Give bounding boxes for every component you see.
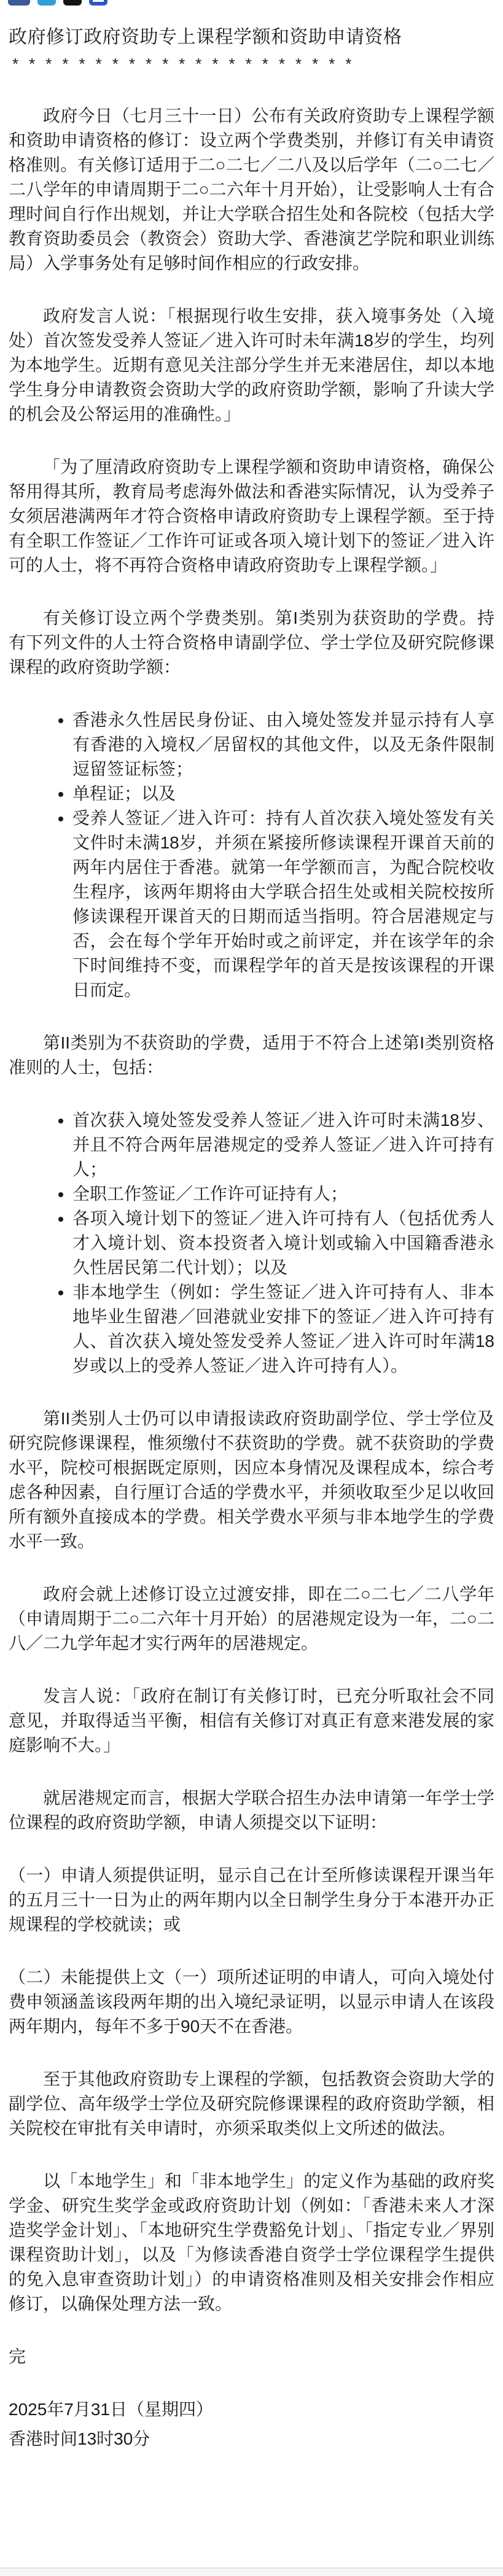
paragraph-spokesman-quote-3: 发言人说：「政府在制订有关修订时，已充分听取社会不同意见，并取得适当平衡，相信有… <box>9 1684 494 1758</box>
twitter-share-icon[interactable] <box>37 0 56 6</box>
paragraph-proof-1: （一）申请人须提供证明，显示自己在计至所修读课程开课当年的五月三十一日为止的两年… <box>9 1863 494 1937</box>
facebook-share-icon[interactable] <box>8 0 30 6</box>
end-mark: 完 <box>9 2345 494 2369</box>
x-share-icon[interactable] <box>63 0 82 6</box>
bottom-divider <box>0 2567 503 2576</box>
page-title: 政府修订政府资助专上课程学额和资助申请资格 <box>9 25 494 50</box>
paragraph-schemes: 以「本地学生」和「非本地学生」的定义作为基础的政府奖学金、研究生奖学金或政府资助… <box>9 2169 494 2316</box>
paragraph-category2-note: 第II类别人士仍可以申请报读政府资助副学位、学士学位及研究院修课课程，惟须缴付不… <box>9 1406 494 1554</box>
share-button-row <box>0 0 503 6</box>
list-item: 各项入境计划下的签证／进入许可持有人（包括优秀人才入境计划、资本投资者入境计划或… <box>72 1206 494 1280</box>
release-time: 香港时间13时30分 <box>9 2427 494 2451</box>
print-share-icon[interactable] <box>89 0 107 6</box>
press-release-page: 政府修订政府资助专上课程学额和资助申请资格 ******************… <box>0 0 503 2576</box>
paragraph-spokesman-quote-2: 「为了厘清政府资助专上课程学额和资助申请资格，确保公帑用得其所，教育局考虑海外做… <box>9 455 494 578</box>
category1-list: 香港永久性居民身份证、由入境处签发并显示持有人享有香港的入境权／居留权的其他文件… <box>9 708 494 1003</box>
paragraph-intro: 政府今日（七月三十一日）公布有关政府资助专上课程学额和资助申请资格的修订：设立两… <box>9 104 494 276</box>
paragraph-category2-intro: 第II类别为不获资助的学费，适用于不符合上述第I类别资格准则的人士，包括： <box>9 1031 494 1080</box>
paragraph-proof-2: （二）未能提供上文（一）项所述证明的申请人，可向入境处付费申领涵盖该段两年期的出… <box>9 1965 494 2039</box>
category2-list: 首次获入境处签发受养人签证／进入许可时未满18岁、并且不符合两年居港规定的受养人… <box>9 1108 494 1378</box>
list-item: 首次获入境处签发受养人签证／进入许可时未满18岁、并且不符合两年居港规定的受养人… <box>72 1108 494 1182</box>
release-date: 2025年7月31日（星期四） <box>9 2397 494 2422</box>
list-item: 单程证；以及 <box>72 782 494 806</box>
list-item: 全职工作签证／工作许可证持有人； <box>72 1182 494 1206</box>
paragraph-transition-arrangement: 政府会就上述修订设立过渡安排，即在二○二七／二八学年（申请周期于二○二六年十月开… <box>9 1582 494 1656</box>
paragraph-spokesman-quote-1: 政府发言人说：「根据现行收生安排，获入境事务处（入境处）首次签发受养人签证／进入… <box>9 304 494 427</box>
article-body: 政府修订政府资助专上课程学额和资助申请资格 ******************… <box>0 25 503 2451</box>
paragraph-category1-intro: 有关修订设立两个学费类别。第I类别为获资助的学费。持有下列文件的人士符合资格申请… <box>9 606 494 680</box>
paragraph-other-programmes: 至于其他政府资助专上课程的学额，包括教资会资助大学的副学位、高年级学士学位及研究… <box>9 2067 494 2141</box>
list-item: 受养人签证／进入许可：持有人首次获入境处签发有关文件时未满18岁，并须在紧接所修… <box>72 806 494 1003</box>
paragraph-residence-rule-intro: 就居港规定而言，根据大学联合招生办法申请第一年学士学位课程的政府资助学额，申请人… <box>9 1786 494 1835</box>
title-separator: ********************* <box>12 52 494 76</box>
list-item: 香港永久性居民身份证、由入境处签发并显示持有人享有香港的入境权／居留权的其他文件… <box>72 708 494 782</box>
list-item: 非本地学生（例如：学生签证／进入许可持有人、非本地毕业生留港／回港就业安排下的签… <box>72 1280 494 1378</box>
release-footer: 完 2025年7月31日（星期四） 香港时间13时30分 <box>9 2345 494 2451</box>
